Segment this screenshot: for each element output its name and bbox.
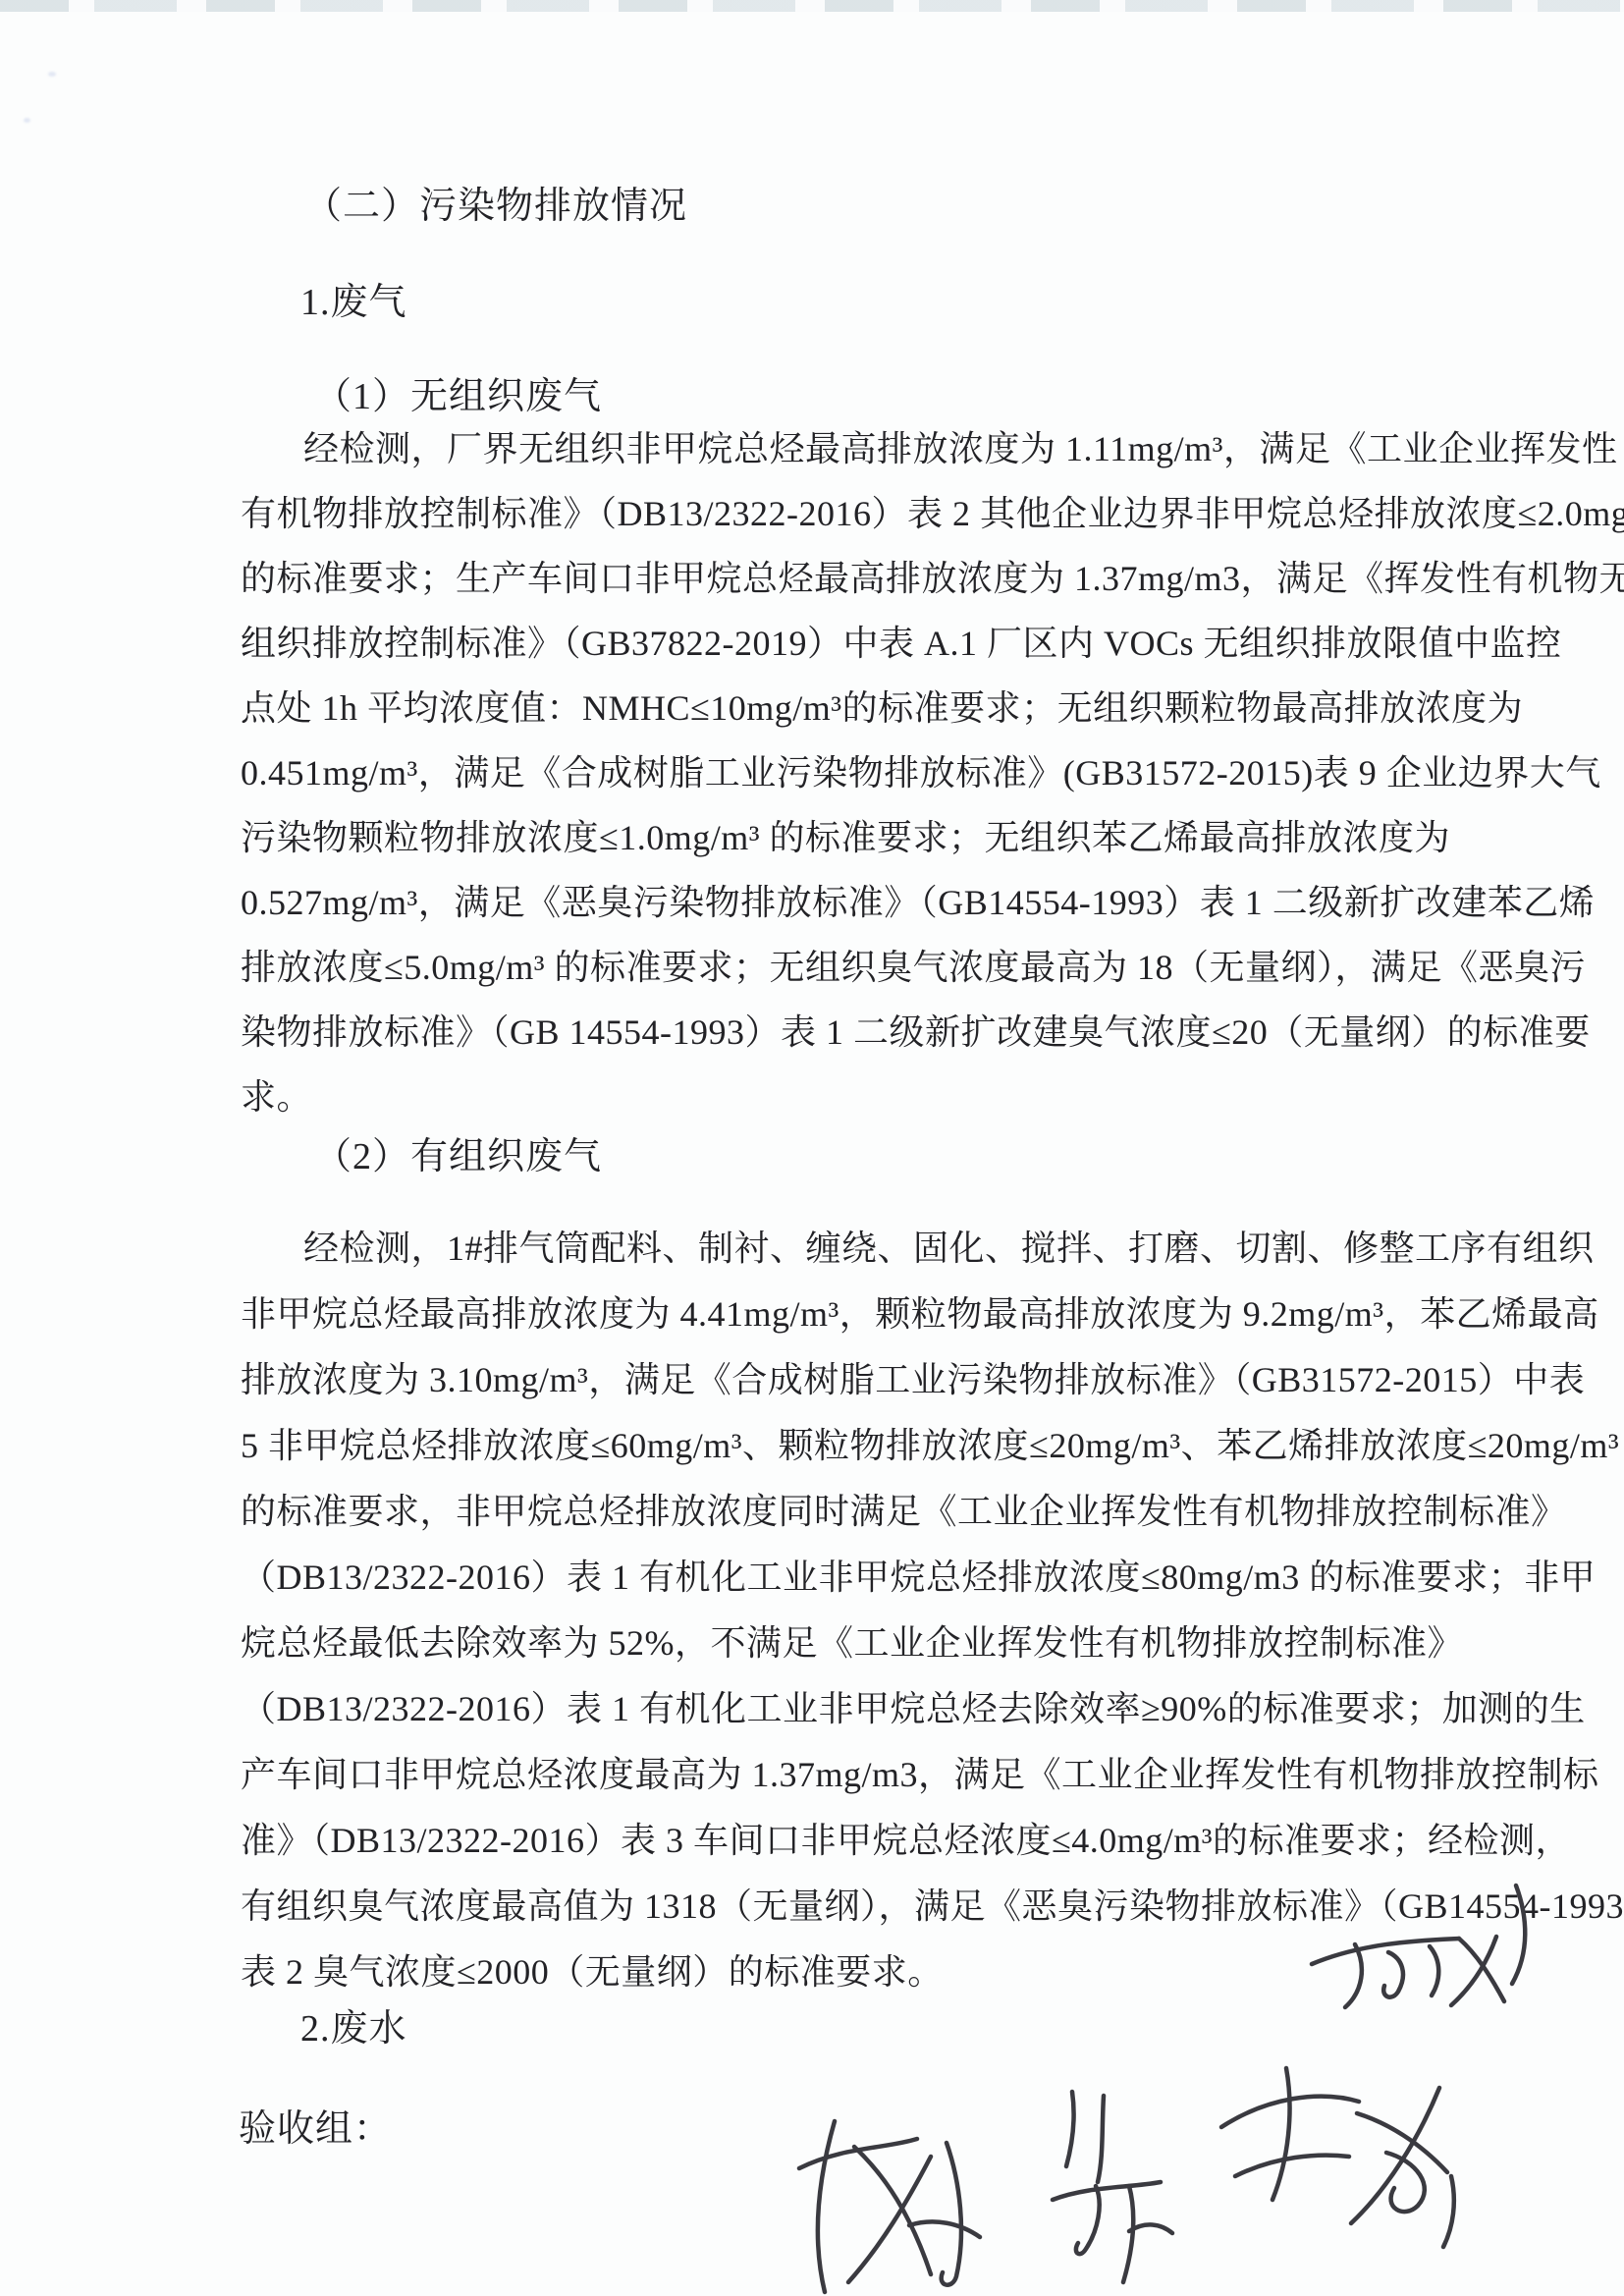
scan-speck xyxy=(48,72,56,77)
paragraph-fugitive-emissions: 经检测，厂界无组织非甲烷总烃最高排放浓度为 1.11mg/m³，满足《工业企业挥… xyxy=(241,416,1497,1129)
paragraph-line: 产车间口非甲烷总烃浓度最高为 1.37mg/m3，满足《工业企业挥发性有机物排放… xyxy=(241,1742,1497,1808)
scan-speck xyxy=(24,118,30,123)
fugitive-gas-heading: （1）无组织废气 xyxy=(314,365,602,419)
paragraph-line: 5 非甲烷总烃排放浓度≤60mg/m³、颗粒物排放浓度≤20mg/m³、苯乙烯排… xyxy=(241,1413,1497,1479)
scan-edge-artifact xyxy=(0,0,1624,12)
paragraph-line: 组织排放控制标准》（GB37822-2019）中表 A.1 厂区内 VOCs 无… xyxy=(241,611,1497,676)
subsection-waste-water-heading: 2.废水 xyxy=(300,1997,407,2051)
paragraph-line: 非甲烷总烃最高排放浓度为 4.41mg/m³，颗粒物最高排放浓度为 9.2mg/… xyxy=(241,1282,1497,1347)
paragraph-line: 排放浓度为 3.10mg/m³，满足《合成树脂工业污染物排放标准》（GB3157… xyxy=(241,1347,1497,1413)
paragraph-line: 求。 xyxy=(241,1065,1497,1129)
acceptance-group-label: 验收组： xyxy=(239,2098,392,2152)
paragraph-line: 准》（DB13/2322-2016）表 3 车间口非甲烷总烃浓度≤4.0mg/m… xyxy=(241,1808,1497,1874)
paragraph-line: 经检测，1#排气筒配料、制衬、缠绕、固化、搅拌、打磨、切割、修整工序有组织 xyxy=(241,1216,1497,1282)
paragraph-line: 染物排放标准》（GB 14554-1993）表 1 二级新扩改建臭气浓度≤20（… xyxy=(241,1000,1497,1065)
paragraph-line: 有机物排放控制标准》（DB13/2322-2016）表 2 其他企业边界非甲烷总… xyxy=(241,481,1497,546)
paragraph-line: 污染物颗粒物排放浓度≤1.0mg/m³ 的标准要求；无组织苯乙烯最高排放浓度为 xyxy=(241,805,1497,870)
paragraph-line: （DB13/2322-2016）表 1 有机化工业非甲烷总烃排放浓度≤80mg/… xyxy=(241,1545,1497,1611)
paragraph-line: 排放浓度≤5.0mg/m³ 的标准要求；无组织臭气浓度最高为 18（无量纲），满… xyxy=(241,935,1497,1000)
paragraph-line: 的标准要求，非甲烷总烃排放浓度同时满足《工业企业挥发性有机物排放控制标准》 xyxy=(241,1479,1497,1545)
handwritten-signature-1 xyxy=(1294,1882,1540,2019)
paragraph-line: （DB13/2322-2016）表 1 有机化工业非甲烷总烃去除效率≥90%的标… xyxy=(241,1676,1497,1742)
organized-gas-heading: （2）有组织废气 xyxy=(314,1125,602,1179)
paragraph-line: 点处 1h 平均浓度值：NMHC≤10mg/m³的标准要求；无组织颗粒物最高排放… xyxy=(241,676,1497,740)
section-heading: （二）污染物排放情况 xyxy=(304,175,687,229)
paragraph-line: 烷总烃最低去除效率为 52%，不满足《工业企业挥发性有机物排放控制标准》 xyxy=(241,1611,1497,1676)
paragraph-line: 的标准要求；生产车间口非甲烷总烃最高排放浓度为 1.37mg/m3，满足《挥发性… xyxy=(241,546,1497,611)
paragraph-line: 经检测，厂界无组织非甲烷总烃最高排放浓度为 1.11mg/m³，满足《工业企业挥… xyxy=(241,416,1497,481)
paragraph-line: 0.451mg/m³，满足《合成树脂工业污染物排放标准》(GB31572-201… xyxy=(241,740,1497,805)
handwritten-signature-2 xyxy=(791,2107,1007,2296)
paragraph-line: 0.527mg/m³，满足《恶臭污染物排放标准》（GB14554-1993）表 … xyxy=(241,870,1497,935)
handwritten-signature-3 xyxy=(1039,2084,1196,2290)
scanned-document-page: （二）污染物排放情况 1.废气 （1）无组织废气 经检测，厂界无组织非甲烷总烃最… xyxy=(0,0,1624,2296)
subsection-waste-gas-heading: 1.废气 xyxy=(300,271,407,325)
handwritten-signature-4 xyxy=(1212,2058,1469,2255)
